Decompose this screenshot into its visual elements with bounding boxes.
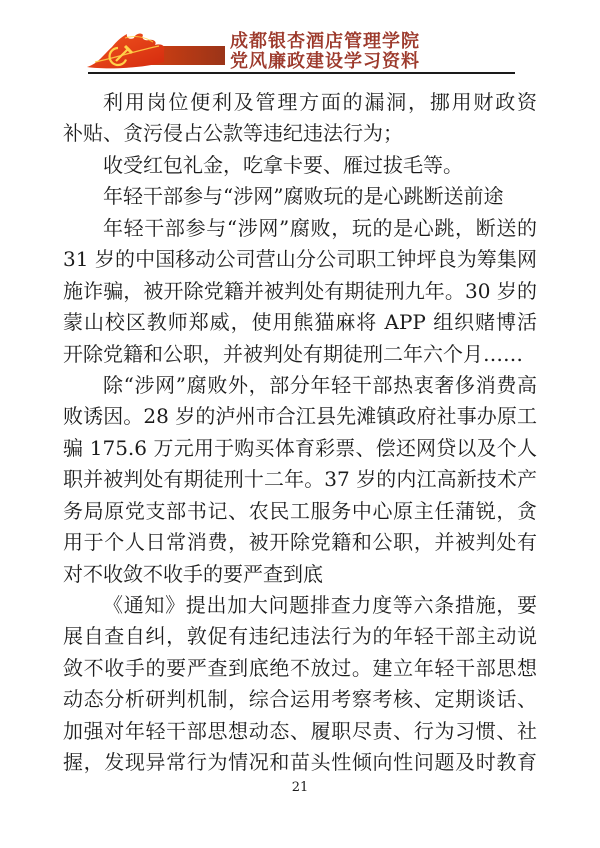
- section-heading: 年轻干部参与“涉网”腐败玩的是心跳断送前途: [63, 181, 537, 212]
- party-flame-logo: [85, 31, 225, 71]
- text-line: 职并被判处有期徒刑十二年。37 岁的内江高新技术产业开发区社会事: [63, 464, 537, 495]
- party-flame-logo-graphic: [85, 31, 225, 71]
- text-line: 施诈骗，被开除党籍并被判处有期徒刑九年。30 岁的雅安市名山中学: [63, 276, 537, 307]
- text-line: 开除党籍和公职，并被判处有期徒刑二年六个月……: [63, 339, 537, 370]
- document-subtitle: 党风廉政建设学习资料: [230, 52, 420, 72]
- text-line: 补贴、贪污侵占公款等违纪违法行为；: [63, 118, 537, 149]
- text-line: 收受红包礼金，吃拿卡要、雁过拔毛等。: [63, 150, 537, 181]
- text-line: 败诱因。28 岁的泸州市合江县先滩镇政府社事办原工作人员王坤，诈: [63, 401, 537, 432]
- header-divider: [88, 72, 515, 74]
- text-line: 骗 175.6 万元用于购买体育彩票、偿还网贷以及个人消费，被开除公: [63, 433, 537, 464]
- document-body: 利用岗位便利及管理方面的漏洞，挪用财政资金、套取惠民惠农补贴、贪污侵占公款等违纪…: [63, 87, 537, 779]
- section-heading: 对不收敛不收手的要严查到底: [63, 559, 537, 590]
- text-line: 《通知》提出加大问题排查力度等六条措施，要求各地各部门开: [63, 590, 537, 621]
- text-line: 用于个人日常消费，被开除党籍和公职，并被判处有期徒刑十一年。: [63, 527, 537, 558]
- document-page: 成都银杏酒店管理学院 党风廉政建设学习资料 利用岗位便利及管理方面的漏洞，挪用财…: [0, 0, 600, 848]
- header-titles: 成都银杏酒店管理学院 党风廉政建设学习资料: [230, 32, 420, 72]
- text-line: 31 岁的中国移动公司营山分公司职工钟坪良为筹集网络赌博资金实: [63, 244, 537, 275]
- institution-title: 成都银杏酒店管理学院: [230, 32, 420, 52]
- text-line: 握，发现异常行为情况和苗头性倾向性问题及时教育提醒。同时要规: [63, 747, 537, 778]
- text-line: 利用岗位便利及管理方面的漏洞，挪用财政资金、套取惠民惠农: [63, 87, 537, 118]
- text-line: 除“涉网”腐败外，部分年轻干部热衷奢侈消费高消费也成为腐: [63, 370, 537, 401]
- text-line: 务局原党支部书记、农民工服务中心原主任蒲锐，贪污受贿 187 万元: [63, 496, 537, 527]
- text-line: 敛不收手的要严查到底绝不放过。建立年轻干部思想工作状况常态化: [63, 653, 537, 684]
- text-line: 年轻干部参与“涉网”腐败，玩的是心跳，断送的则是个人前途。: [63, 213, 537, 244]
- text-line: 蒙山校区教师郑威，使用熊猫麻将 APP 组织赌博活动获利 9 万元，被: [63, 307, 537, 338]
- text-line: 展自查自纠，敦促有违纪违法行为的年轻干部主动说清问题，对不收: [63, 621, 537, 652]
- text-line: 动态分析研判机制，综合运用考察考核、定期谈话、走访家访等形式，: [63, 684, 537, 715]
- text-line: 加强对年轻干部思想动态、履职尽责、行为习惯、社会交往情况的掌: [63, 716, 537, 747]
- page-number: 21: [0, 780, 600, 795]
